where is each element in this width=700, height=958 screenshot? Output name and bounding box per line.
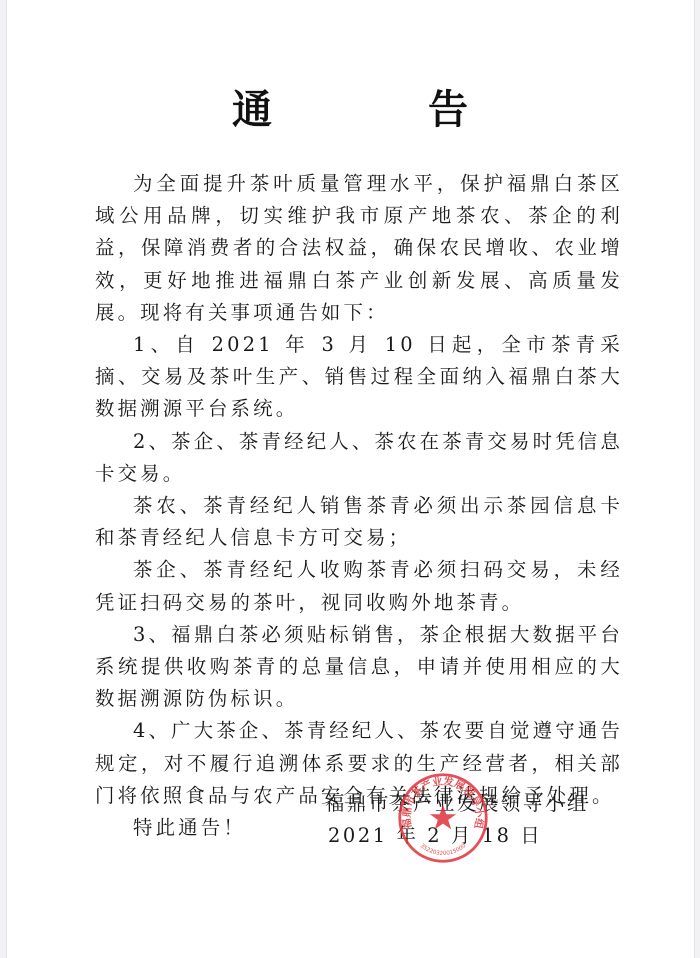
issue-date: 2021 年 2 月 18 日	[325, 820, 625, 852]
item-3-paragraph: 3、福鼎白茶必须贴标销售，茶企根据大数据平台系统提供收购茶青的总量信息，申请并使…	[95, 619, 623, 716]
notice-title: 通 告	[0, 78, 700, 135]
item-2-farmers-paragraph: 茶农、茶青经纪人销售茶青必须出示茶园信息卡和茶青经纪人信息卡方可交易；	[95, 490, 623, 554]
item-2-paragraph: 2、茶企、茶青经纪人、茶农在茶青交易时凭信息卡交易。	[95, 426, 623, 490]
notice-body: 为全面提升茶叶质量管理水平，保护福鼎白茶区域公用品牌，切实维护我市原产地茶农、茶…	[95, 168, 623, 844]
item-2-enterprises-paragraph: 茶企、茶青经纪人收购茶青必须扫码交易，未经凭证扫码交易的茶叶，视同收购外地茶青。	[95, 554, 623, 618]
item-1-paragraph: 1、自 2021 年 3 月 10 日起，全市茶青采摘、交易及茶叶生产、销售过程…	[95, 329, 623, 426]
intro-paragraph: 为全面提升茶叶质量管理水平，保护福鼎白茶区域公用品牌，切实维护我市原产地茶农、茶…	[95, 168, 623, 329]
signature-block: 福鼎市茶产业发展领导小组 2021 年 2 月 18 日	[325, 788, 625, 852]
issuing-organization: 福鼎市茶产业发展领导小组	[325, 788, 625, 820]
